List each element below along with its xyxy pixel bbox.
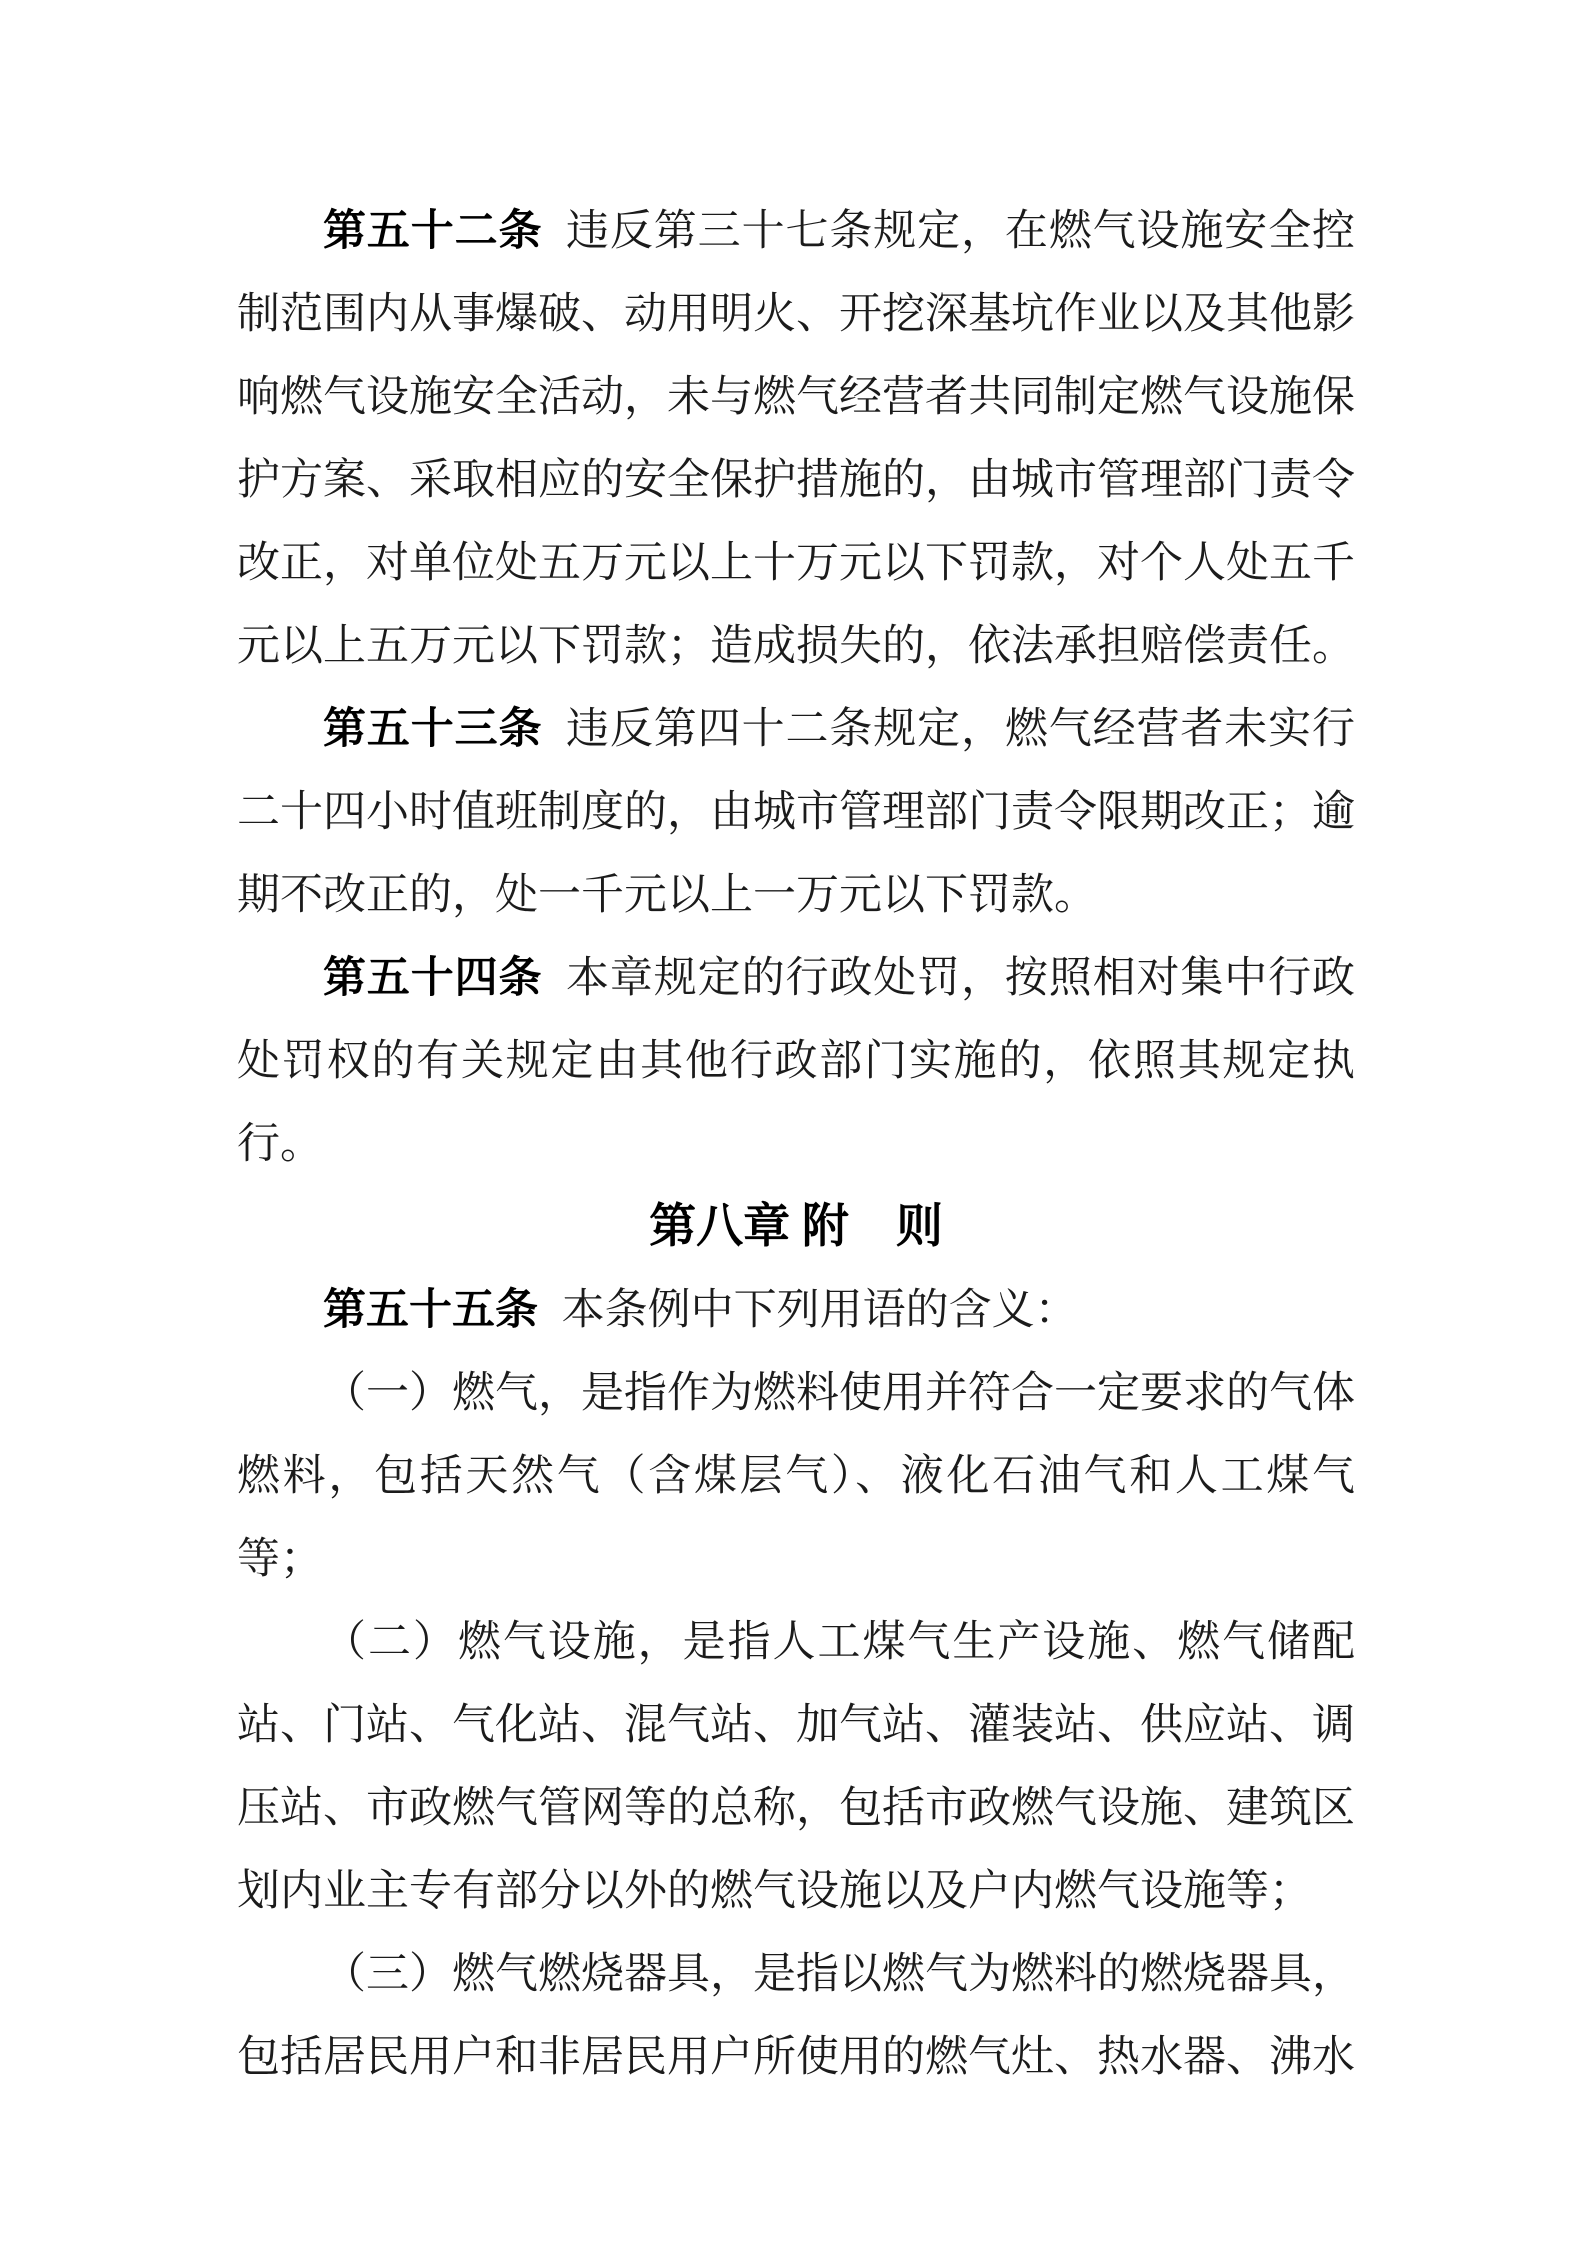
article-number-53: 第五十三条 bbox=[323, 706, 542, 753]
article-number-52: 第五十二条 bbox=[323, 208, 542, 255]
chapter-heading: 第八章 附 则 bbox=[237, 1186, 1355, 1269]
article-text-52: 违反第三十七条规定，在燃气设施安全控制范围内从事爆破、动用明火、开挖深基坑作业以… bbox=[237, 208, 1355, 670]
document-page: 第五十二条违反第三十七条规定，在燃气设施安全控制范围内从事爆破、动用明火、开挖深… bbox=[0, 0, 1587, 2245]
article-paragraph-53: 第五十三条违反第四十二条规定，燃气经营者未实行二十四小时值班制度的，由城市管理部… bbox=[237, 688, 1355, 937]
definition-item-3: （三）燃气燃烧器具，是指以燃气为燃料的燃烧器具，包括居民用户和非居民用户所使用的… bbox=[237, 1933, 1355, 2099]
definition-item-1: （一）燃气，是指作为燃料使用并符合一定要求的气体燃料，包括天然气（含煤层气）、液… bbox=[237, 1352, 1355, 1601]
article-paragraph-52: 第五十二条违反第三十七条规定，在燃气设施安全控制范围内从事爆破、动用明火、开挖深… bbox=[237, 190, 1355, 688]
article-paragraph-55: 第五十五条本条例中下列用语的含义： bbox=[237, 1269, 1355, 1352]
article-paragraph-54: 第五十四条本章规定的行政处罚，按照相对集中行政处罚权的有关规定由其他行政部门实施… bbox=[237, 937, 1355, 1186]
article-number-54: 第五十四条 bbox=[323, 955, 542, 1002]
article-number-55: 第五十五条 bbox=[323, 1287, 538, 1334]
article-text-55: 本条例中下列用语的含义： bbox=[562, 1287, 1078, 1334]
document-body: 第五十二条违反第三十七条规定，在燃气设施安全控制范围内从事爆破、动用明火、开挖深… bbox=[237, 190, 1355, 2099]
definition-item-2: （二）燃气设施，是指人工煤气生产设施、燃气储配站、门站、气化站、混气站、加气站、… bbox=[237, 1601, 1355, 1933]
